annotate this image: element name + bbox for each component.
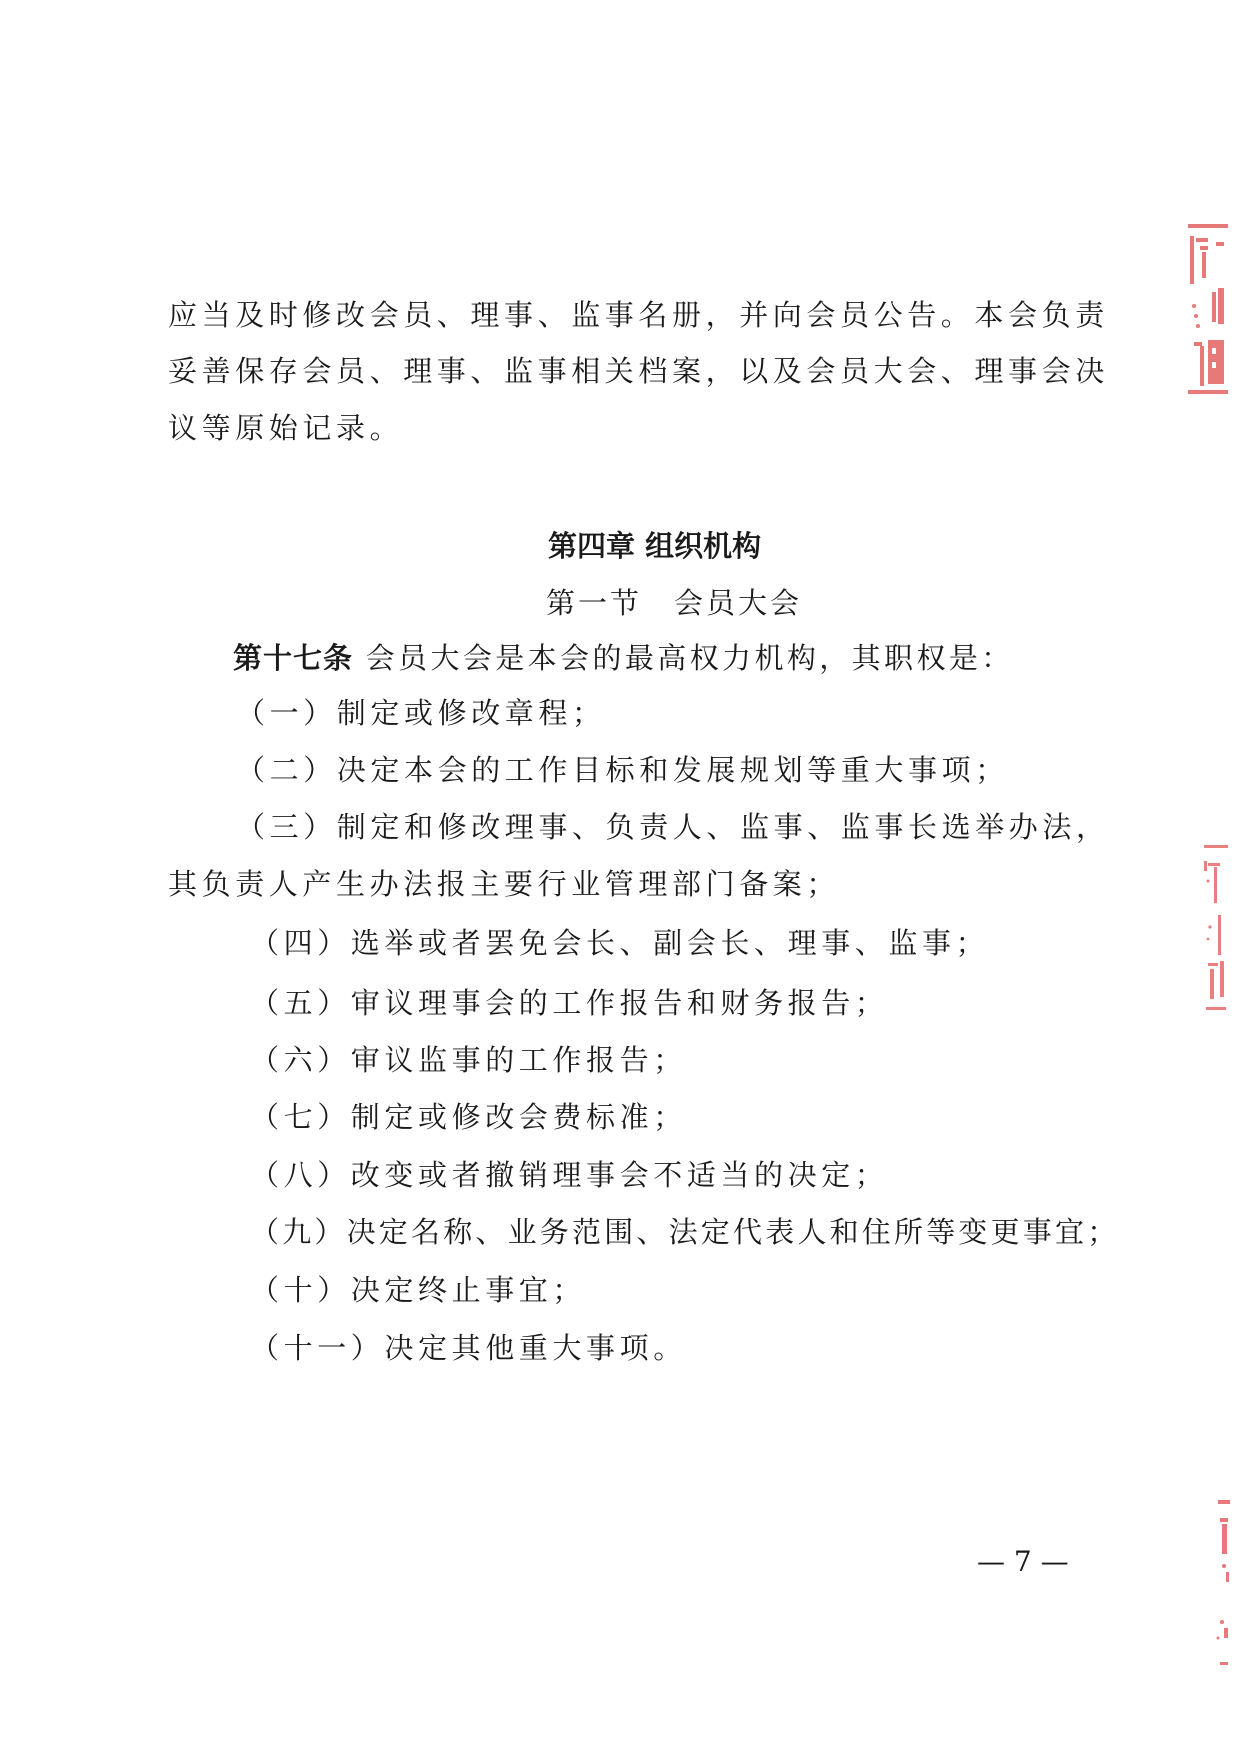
seal-fragment-icon — [1202, 843, 1230, 1013]
article-item: （二）决定本会的工作目标和发展规划等重大事项； — [236, 753, 1009, 787]
chapter-title: 第四章 组织机构 — [548, 529, 761, 563]
article-item: （六）审议监事的工作报告； — [250, 1043, 687, 1077]
article-item: （八）改变或者撤销理事会不适当的决定； — [250, 1158, 888, 1192]
article-line: 第十七条 会员大会是本会的最高权力机构，其职权是： — [233, 641, 1014, 675]
article-label: 第十七条 — [233, 641, 353, 675]
article-item: （三）制定和修改理事、负责人、监事、监事长选举办法， — [236, 810, 1110, 844]
page-number: — 7 — — [977, 1545, 1069, 1579]
article-item: （七）制定或修改会费标准； — [250, 1100, 687, 1134]
article-text: 会员大会是本会的最高权力机构，其职权是： — [366, 641, 1014, 675]
seal-fragment-icon — [1186, 222, 1230, 396]
article-item: （四）选举或者罢免会长、副会长、理事、监事； — [250, 926, 989, 960]
seal-fragment-icon — [1212, 1498, 1232, 1670]
article-item-continuation: 其负责人产生办法报主要行业管理部门备案； — [168, 867, 840, 901]
article-item: （九）决定名称、业务范围、法定代表人和住所等变更事宜； — [250, 1215, 1119, 1249]
article-item: （十）决定终止事宜； — [250, 1273, 586, 1307]
article-item: （五）审议理事会的工作报告和财务报告； — [250, 986, 888, 1020]
article-item: （一）制定或修改章程； — [236, 696, 606, 730]
paragraph-line: 议等原始记录。 — [168, 411, 403, 445]
paragraph-line: 妥善保存会员、理事、监事相关档案，以及会员大会、理事会决 — [168, 354, 1109, 388]
article-item: （十一）决定其他重大事项。 — [250, 1331, 687, 1365]
section-title: 第一节 会员大会 — [546, 586, 802, 620]
paragraph-line: 应当及时修改会员、理事、监事名册，并向会员公告。本会负责 — [168, 298, 1109, 332]
